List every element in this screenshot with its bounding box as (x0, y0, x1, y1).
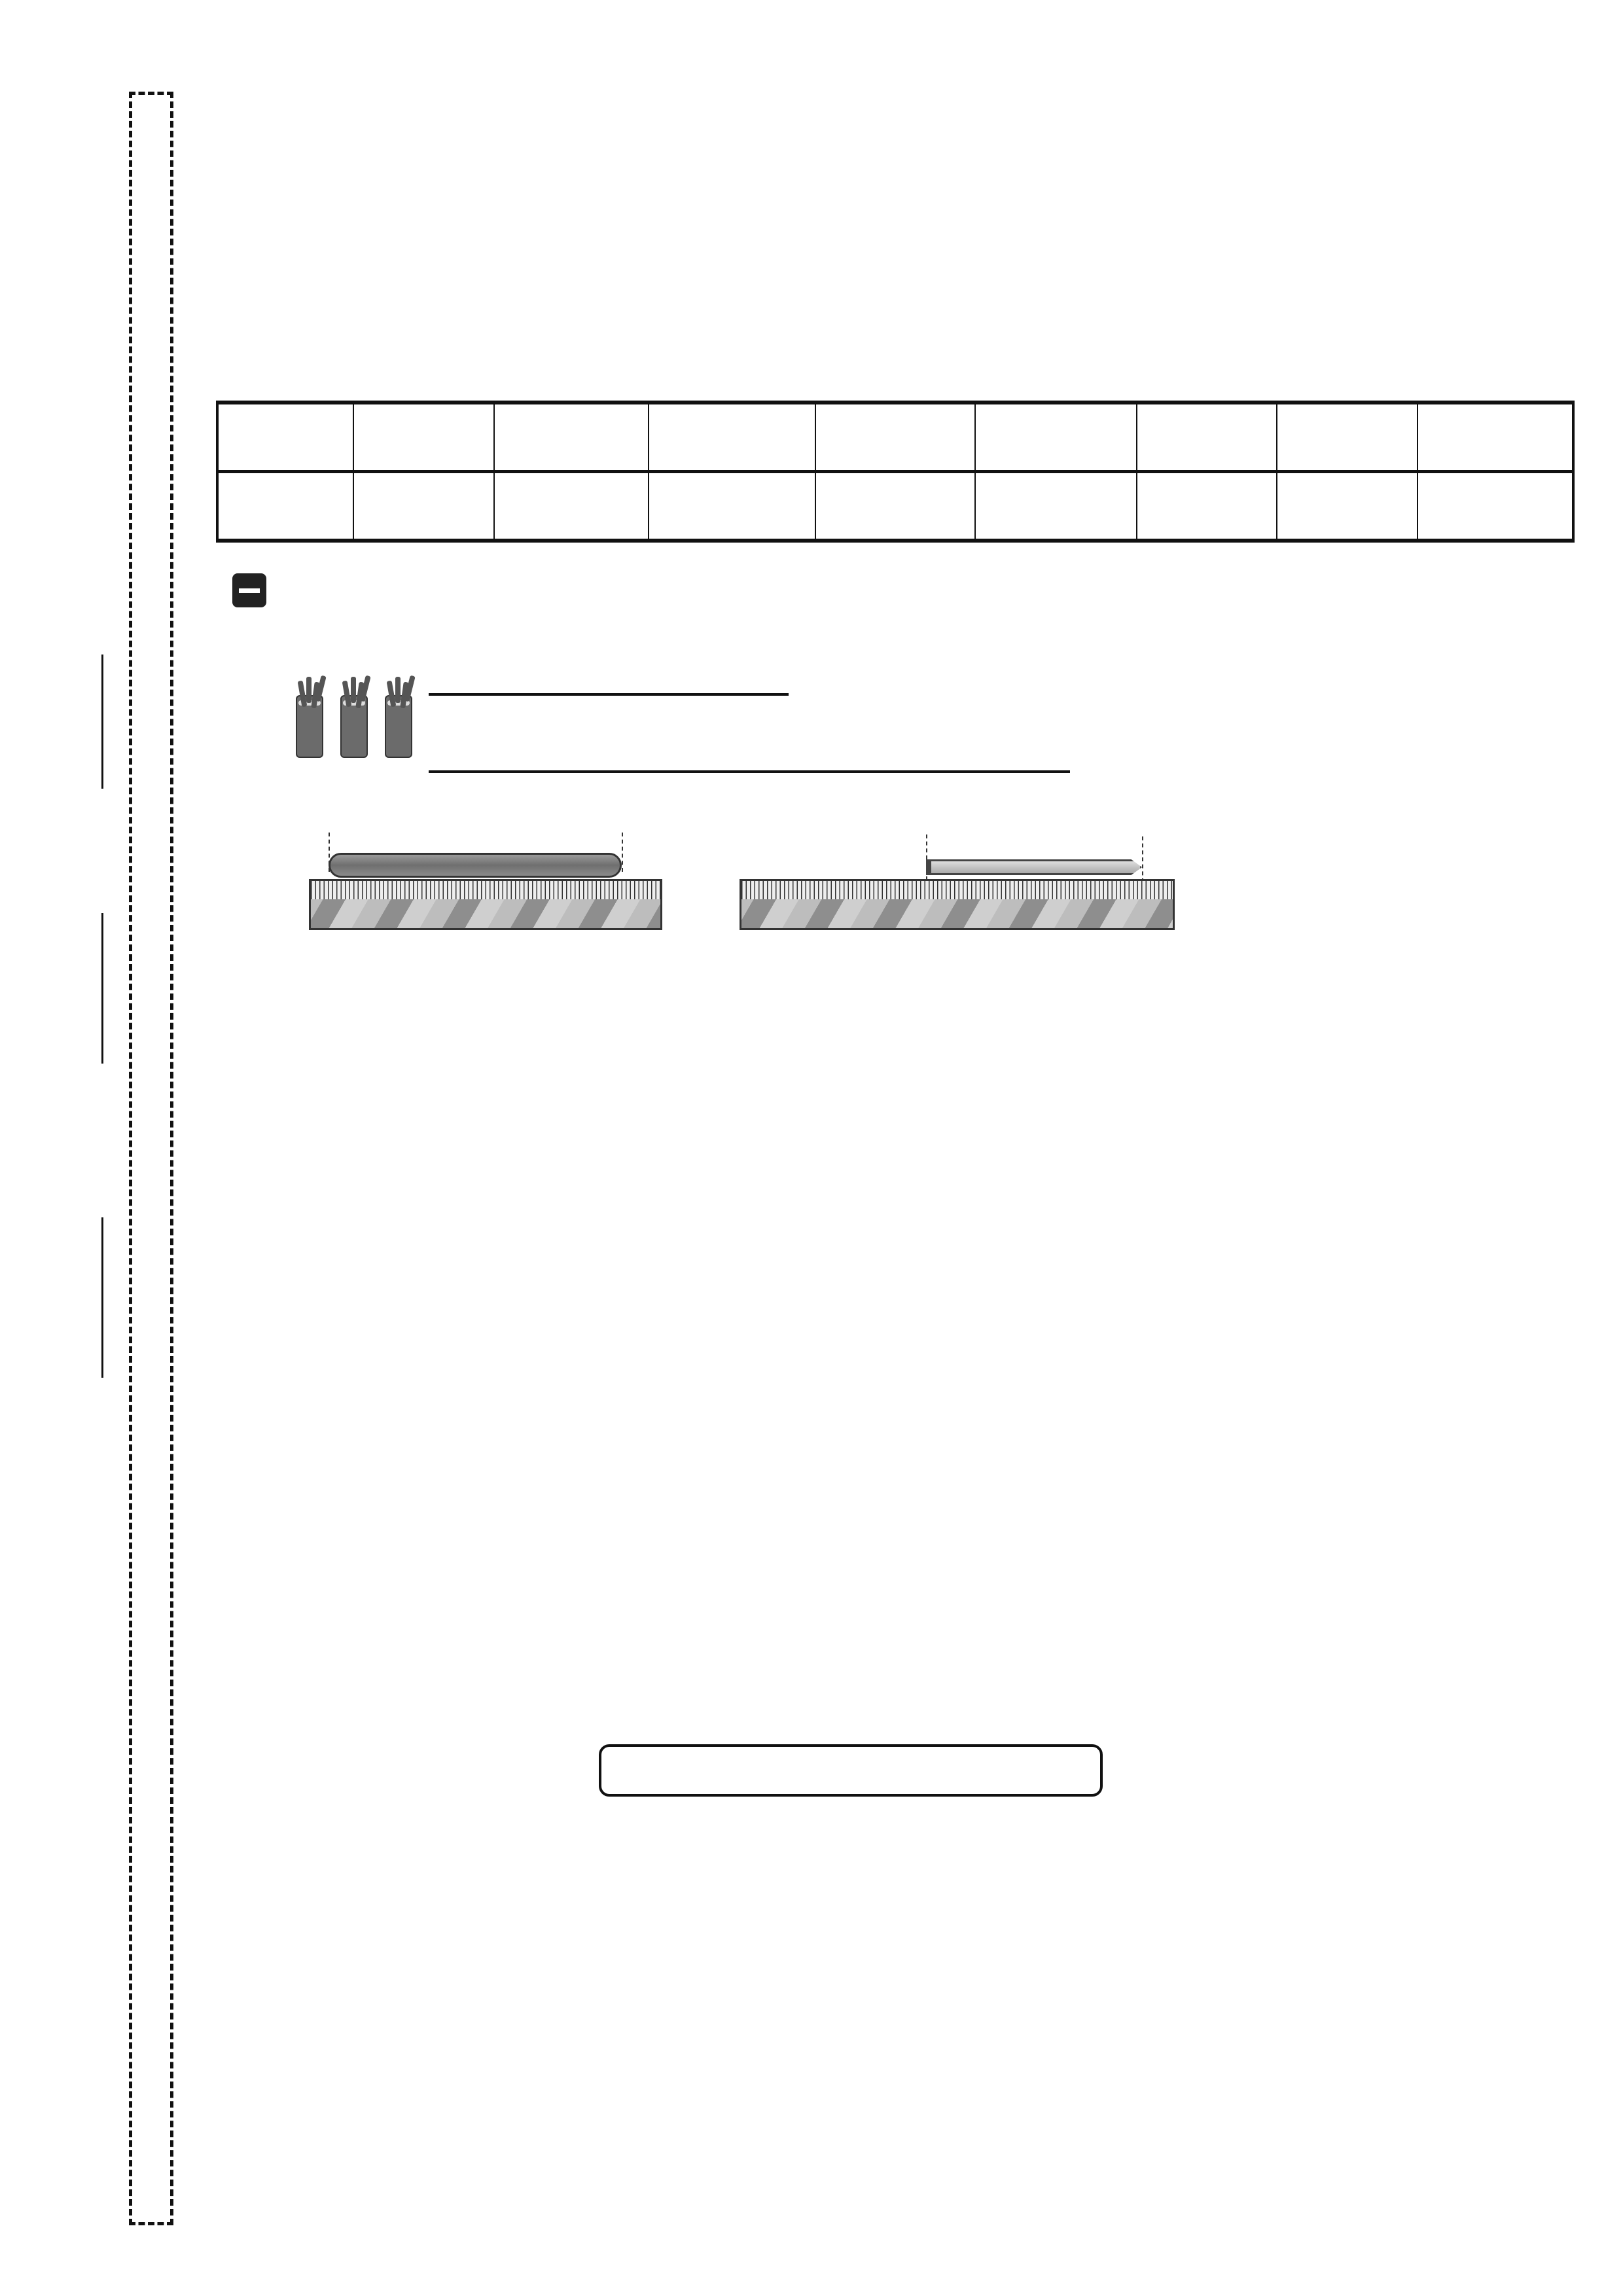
header-cell (217, 403, 353, 472)
section-number-icon (232, 573, 266, 607)
measure-guide (622, 833, 623, 872)
score-cell[interactable] (975, 472, 1137, 541)
addition-blank[interactable] (429, 667, 605, 696)
nail-length-question (811, 946, 897, 981)
pencil-cups-image (296, 681, 427, 759)
header-cell (649, 403, 816, 472)
header-cell (975, 403, 1137, 472)
ruler-1 (309, 879, 662, 930)
multiplication-blank[interactable] (605, 667, 789, 696)
nail-image (926, 859, 1142, 875)
q1-line1 (429, 662, 789, 705)
score-table-score-row (217, 472, 1573, 541)
header-cell (1137, 403, 1277, 472)
class-line[interactable] (101, 1217, 103, 1378)
header-cell (815, 403, 975, 472)
name-line[interactable] (101, 913, 103, 1064)
score-cell[interactable] (353, 472, 495, 541)
stick-length-question (337, 946, 422, 981)
header-cell (1418, 403, 1573, 472)
ruler-2 (740, 879, 1175, 930)
score-cell[interactable] (649, 472, 816, 541)
score-cell[interactable] (1137, 472, 1277, 541)
header-cell (1277, 403, 1418, 472)
score-cell[interactable] (1418, 472, 1573, 541)
header-cell (353, 403, 495, 472)
wooden-stick-image (329, 853, 622, 878)
binding-marks (132, 95, 170, 2222)
score-cell[interactable] (1277, 472, 1418, 541)
score-table (216, 401, 1575, 543)
length-options-box (599, 1744, 1103, 1797)
exam-info (196, 327, 1505, 372)
header-cell (494, 403, 649, 472)
division-blank-2[interactable] (730, 744, 1070, 773)
binding-strip (129, 92, 173, 2225)
section-header (232, 573, 274, 612)
score-label-cell (217, 472, 353, 541)
exam-number-line[interactable] (101, 655, 103, 789)
score-cell[interactable] (815, 472, 975, 541)
q1-line2 (429, 740, 1070, 782)
score-table-header-row (217, 403, 1573, 472)
division-blank-1[interactable] (429, 744, 730, 773)
measure-guide (1142, 836, 1143, 882)
score-cell[interactable] (494, 472, 649, 541)
